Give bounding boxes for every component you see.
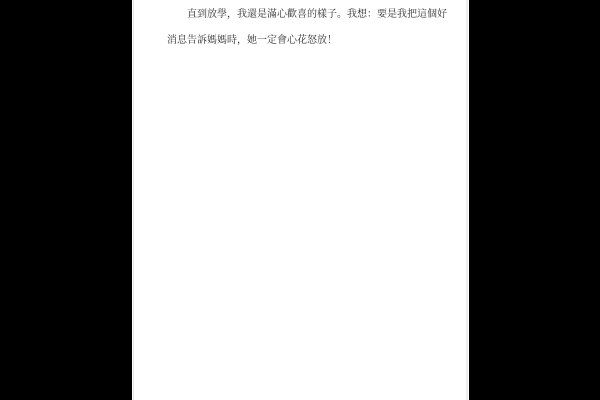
paragraph-line-1: 直到放學，我還是滿心歡喜的樣子。我想：要是我把這個好 [167, 2, 452, 28]
paragraph-line-2: 消息告訴媽媽時，她一定會心花怒放！ [167, 28, 452, 54]
book-page: 直到放學，我還是滿心歡喜的樣子。我想：要是我把這個好 消息告訴媽媽時，她一定會心… [132, 0, 469, 400]
screen: 直到放學，我還是滿心歡喜的樣子。我想：要是我把這個好 消息告訴媽媽時，她一定會心… [0, 0, 600, 400]
paragraph: 直到放學，我還是滿心歡喜的樣子。我想：要是我把這個好 消息告訴媽媽時，她一定會心… [167, 2, 452, 54]
